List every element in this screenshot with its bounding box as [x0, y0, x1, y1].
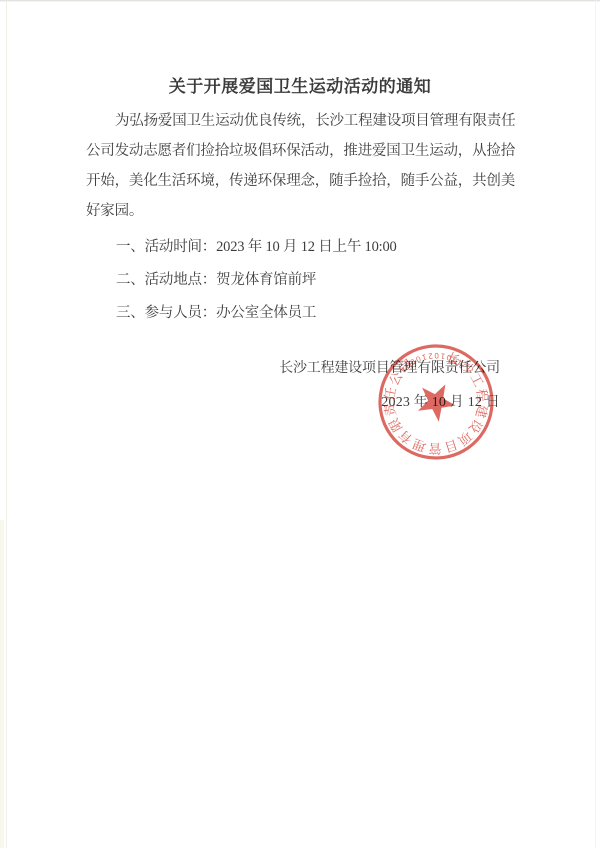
list-items: 一、活动时间：2023 年 10 月 12 日上午 10:00 二、活动地点：贺…	[116, 231, 600, 330]
document-page: 关于开展爱国卫生运动活动的通知 为弘扬爱国卫生运动优良传统，长沙工程建设项目管理…	[0, 0, 600, 848]
body-paragraph: 为弘扬爱国卫生运动优良传统，长沙工程建设项目管理有限责任 公司发动志愿者们捡拾垃…	[86, 106, 514, 226]
page-edge-top	[0, 0, 600, 2]
paragraph-line: 为弘扬爱国卫生运动优良传统，长沙工程建设项目管理有限责任	[86, 106, 514, 136]
document-date: 2023 年 10 月 12 日	[0, 388, 500, 418]
paragraph-line: 开始，美化生活环境，传递环保理念，随手捡拾，随手公益，共创美	[86, 166, 514, 196]
list-item-participants: 三、参与人员：办公室全体员工	[116, 297, 600, 330]
paragraph-line: 公司发动志愿者们捡拾垃圾倡环保活动，推进爱国卫生运动，从捡拾	[86, 136, 514, 166]
paragraph-line: 好家园。	[86, 196, 514, 226]
page-edge-left	[6, 0, 7, 848]
page-edge-right	[595, 0, 596, 848]
signature-block: 长沙工程建设项目管理有限责任公司 2023 年 10 月 12 日	[0, 354, 600, 418]
list-item-activity-place: 二、活动地点：贺龙体育馆前坪	[116, 264, 600, 297]
list-item-activity-time: 一、活动时间：2023 年 10 月 12 日上午 10:00	[116, 231, 600, 264]
company-signature: 长沙工程建设项目管理有限责任公司	[0, 354, 500, 384]
document-title: 关于开展爱国卫生运动活动的通知	[0, 0, 600, 98]
page-edge-tint	[0, 520, 4, 848]
